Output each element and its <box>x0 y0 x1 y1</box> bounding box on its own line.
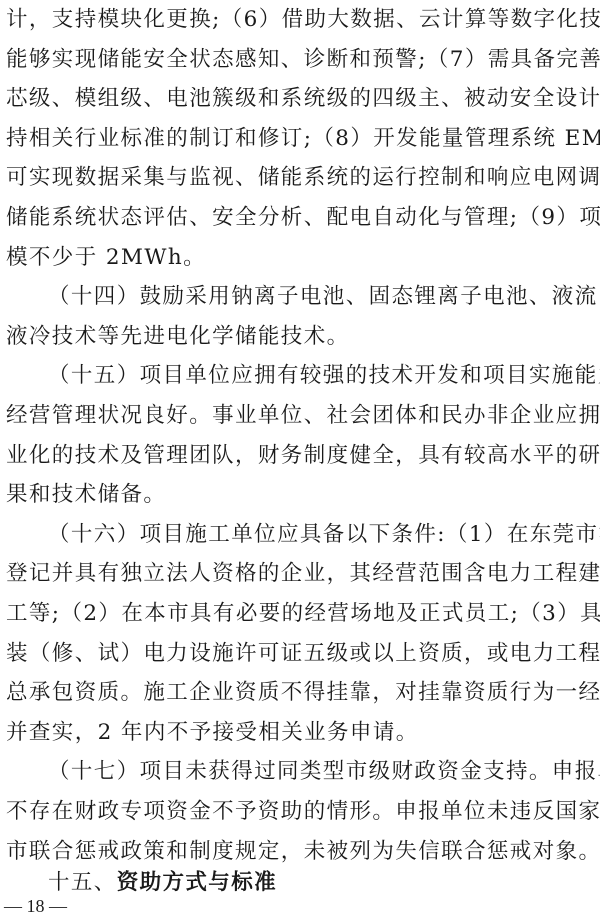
text-line: 模不少于 2MWh。 <box>6 238 594 278</box>
section-heading: 十五、资助方式与标准 <box>48 863 594 903</box>
paragraph-start-line: （十六）项目施工单位应具备以下条件:（1）在东莞市注册 <box>48 515 594 555</box>
text-line: 可实现数据采集与监视、储能系统的运行控制和响应电网调度、 <box>6 158 594 198</box>
text-line: 能够实现储能安全状态感知、诊断和预警;（7）需具备完善的电 <box>6 40 594 80</box>
text-line: 果和技术储备。 <box>6 475 594 515</box>
text-line: 工等;（2）在本市具有必要的经营场地及正式员工;（3）具有承 <box>6 594 594 634</box>
text-line: 并查实，2 年内不予接受相关业务申请。 <box>6 713 594 753</box>
text-line: 经营管理状况良好。事业单位、社会团体和民办非企业应拥有专 <box>6 396 594 436</box>
text-line: 芯级、模组级、电池簇级和系统级的四级主、被动安全设计，支 <box>6 79 594 119</box>
text-line: 登记并具有独立法人资格的企业，其经营范围含电力工程建设施 <box>6 554 594 594</box>
paragraph-start-line: （十七）项目未获得过同类型市级财政资金支持。申报单位 <box>48 752 594 792</box>
text-line: 装（修、试）电力设施许可证五级或以上资质，或电力工程施工 <box>6 634 594 674</box>
text-line: 不存在财政专项资金不予资助的情形。申报单位未违反国家、省、 <box>6 792 594 832</box>
section-title: 资助方式与标准 <box>117 870 277 895</box>
section-number: 十五、 <box>48 870 117 895</box>
text-line: 总承包资质。施工企业资质不得挂靠，对挂靠资质行为一经发现 <box>6 673 594 713</box>
document-page: 计，支持模块化更换;（6）借助大数据、云计算等数字化技术， 能够实现储能安全状态… <box>0 0 600 917</box>
text-line: 计，支持模块化更换;（6）借助大数据、云计算等数字化技术， <box>6 0 594 40</box>
text-line: 持相关行业标准的制订和修订;（8）开发能量管理系统 EMS， <box>6 119 594 159</box>
text-line: 业化的技术及管理团队，财务制度健全，具有较高水平的研发成 <box>6 436 594 476</box>
text-line: 储能系统状态评估、安全分析、配电自动化与管理;（9）项目规 <box>6 198 594 238</box>
text-line: 液冷技术等先进电化学储能技术。 <box>6 317 594 357</box>
page-number: — 18 — <box>4 895 67 917</box>
paragraph-start-line: （十五）项目单位应拥有较强的技术开发和项目实施能力， <box>48 356 594 396</box>
paragraph-start-line: （十四）鼓励采用钠离子电池、固态锂离子电池、液流电池、 <box>48 277 594 317</box>
